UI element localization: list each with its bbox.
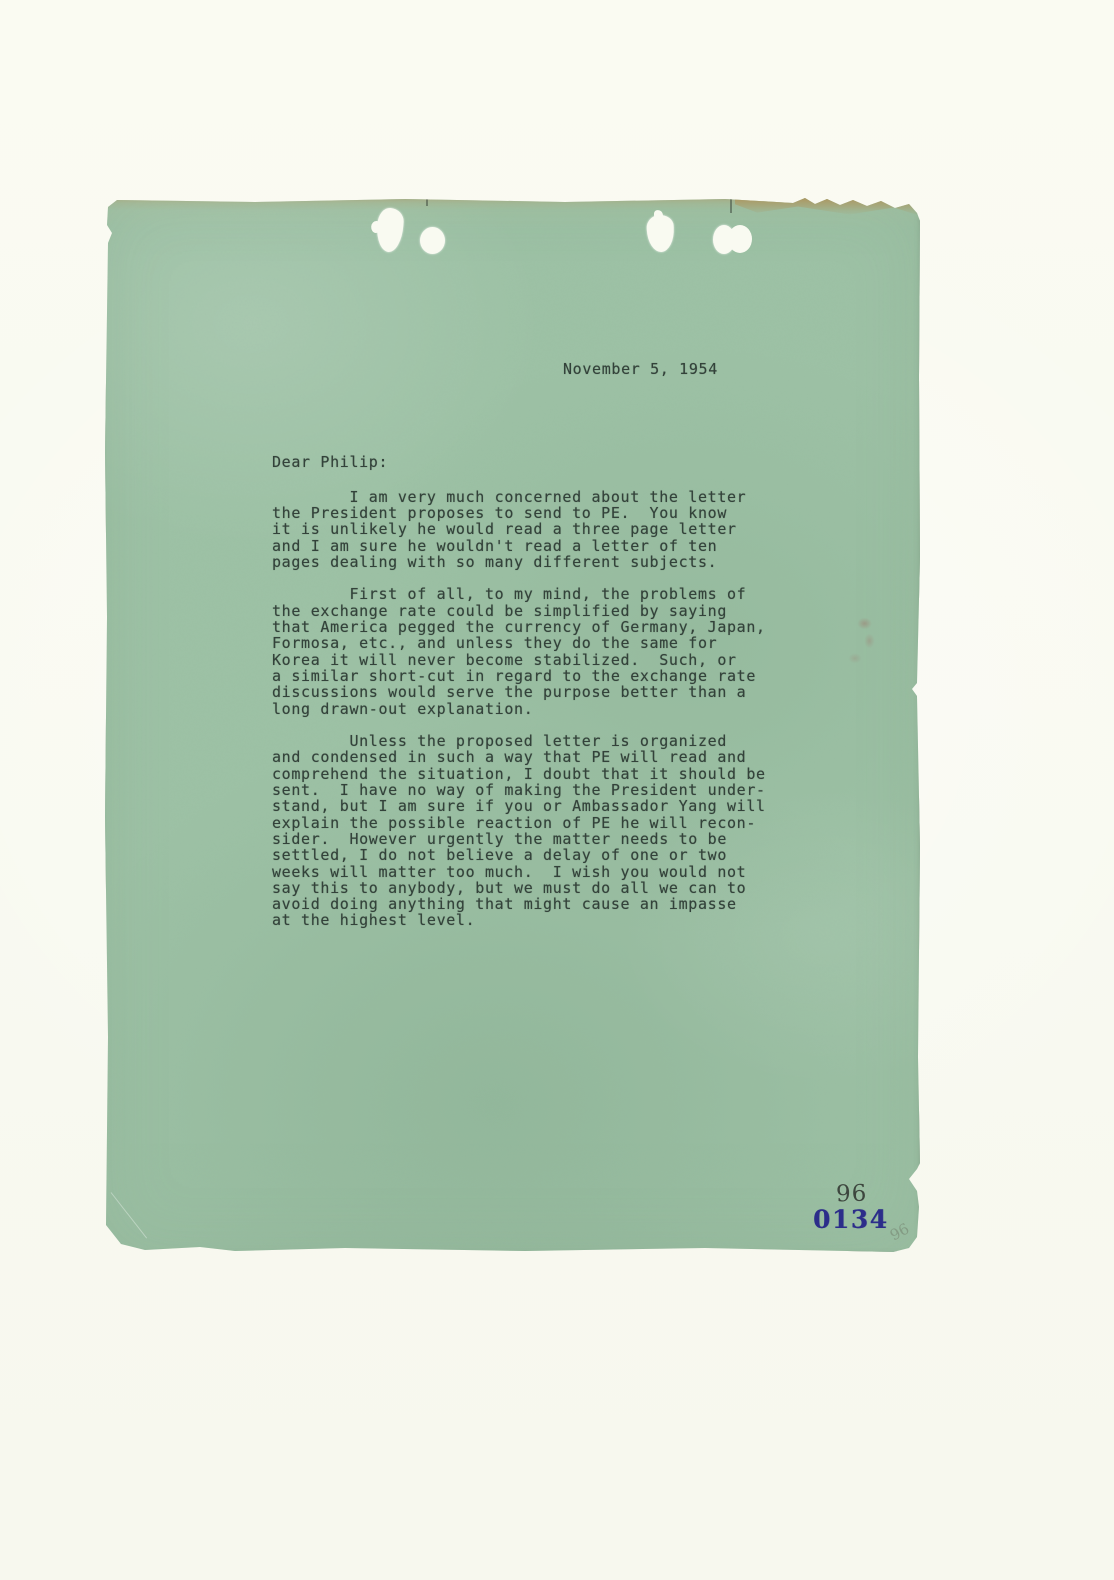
letter-page: November 5, 1954 Dear Philip: I am very … [105, 197, 920, 1252]
ink-smudge [843, 609, 891, 667]
pencil-annotation: 96 [887, 1220, 912, 1245]
scan-background: November 5, 1954 Dear Philip: I am very … [0, 0, 1114, 1580]
paragraph-1: I am very much concerned about the lette… [272, 489, 802, 570]
letter-body: Dear Philip: I am very much concerned ab… [272, 454, 802, 945]
salutation: Dear Philip: [272, 454, 802, 470]
staple-mark [730, 197, 732, 213]
punch-hole [375, 207, 404, 253]
punch-hole [420, 227, 445, 254]
page-number-stamp: 96 [836, 1181, 868, 1208]
document-number-stamp: 0134 [813, 1205, 889, 1234]
paragraph-2: First of all, to my mind, the problems o… [272, 586, 802, 716]
punch-hole [713, 225, 735, 254]
staple-mark [426, 197, 428, 206]
paragraph-3: Unless the proposed letter is organized … [272, 733, 802, 929]
aged-top-edge-torn [735, 197, 920, 216]
corner-crease [111, 1192, 147, 1238]
date-line: November 5, 1954 [563, 361, 718, 377]
punch-hole [646, 214, 675, 252]
